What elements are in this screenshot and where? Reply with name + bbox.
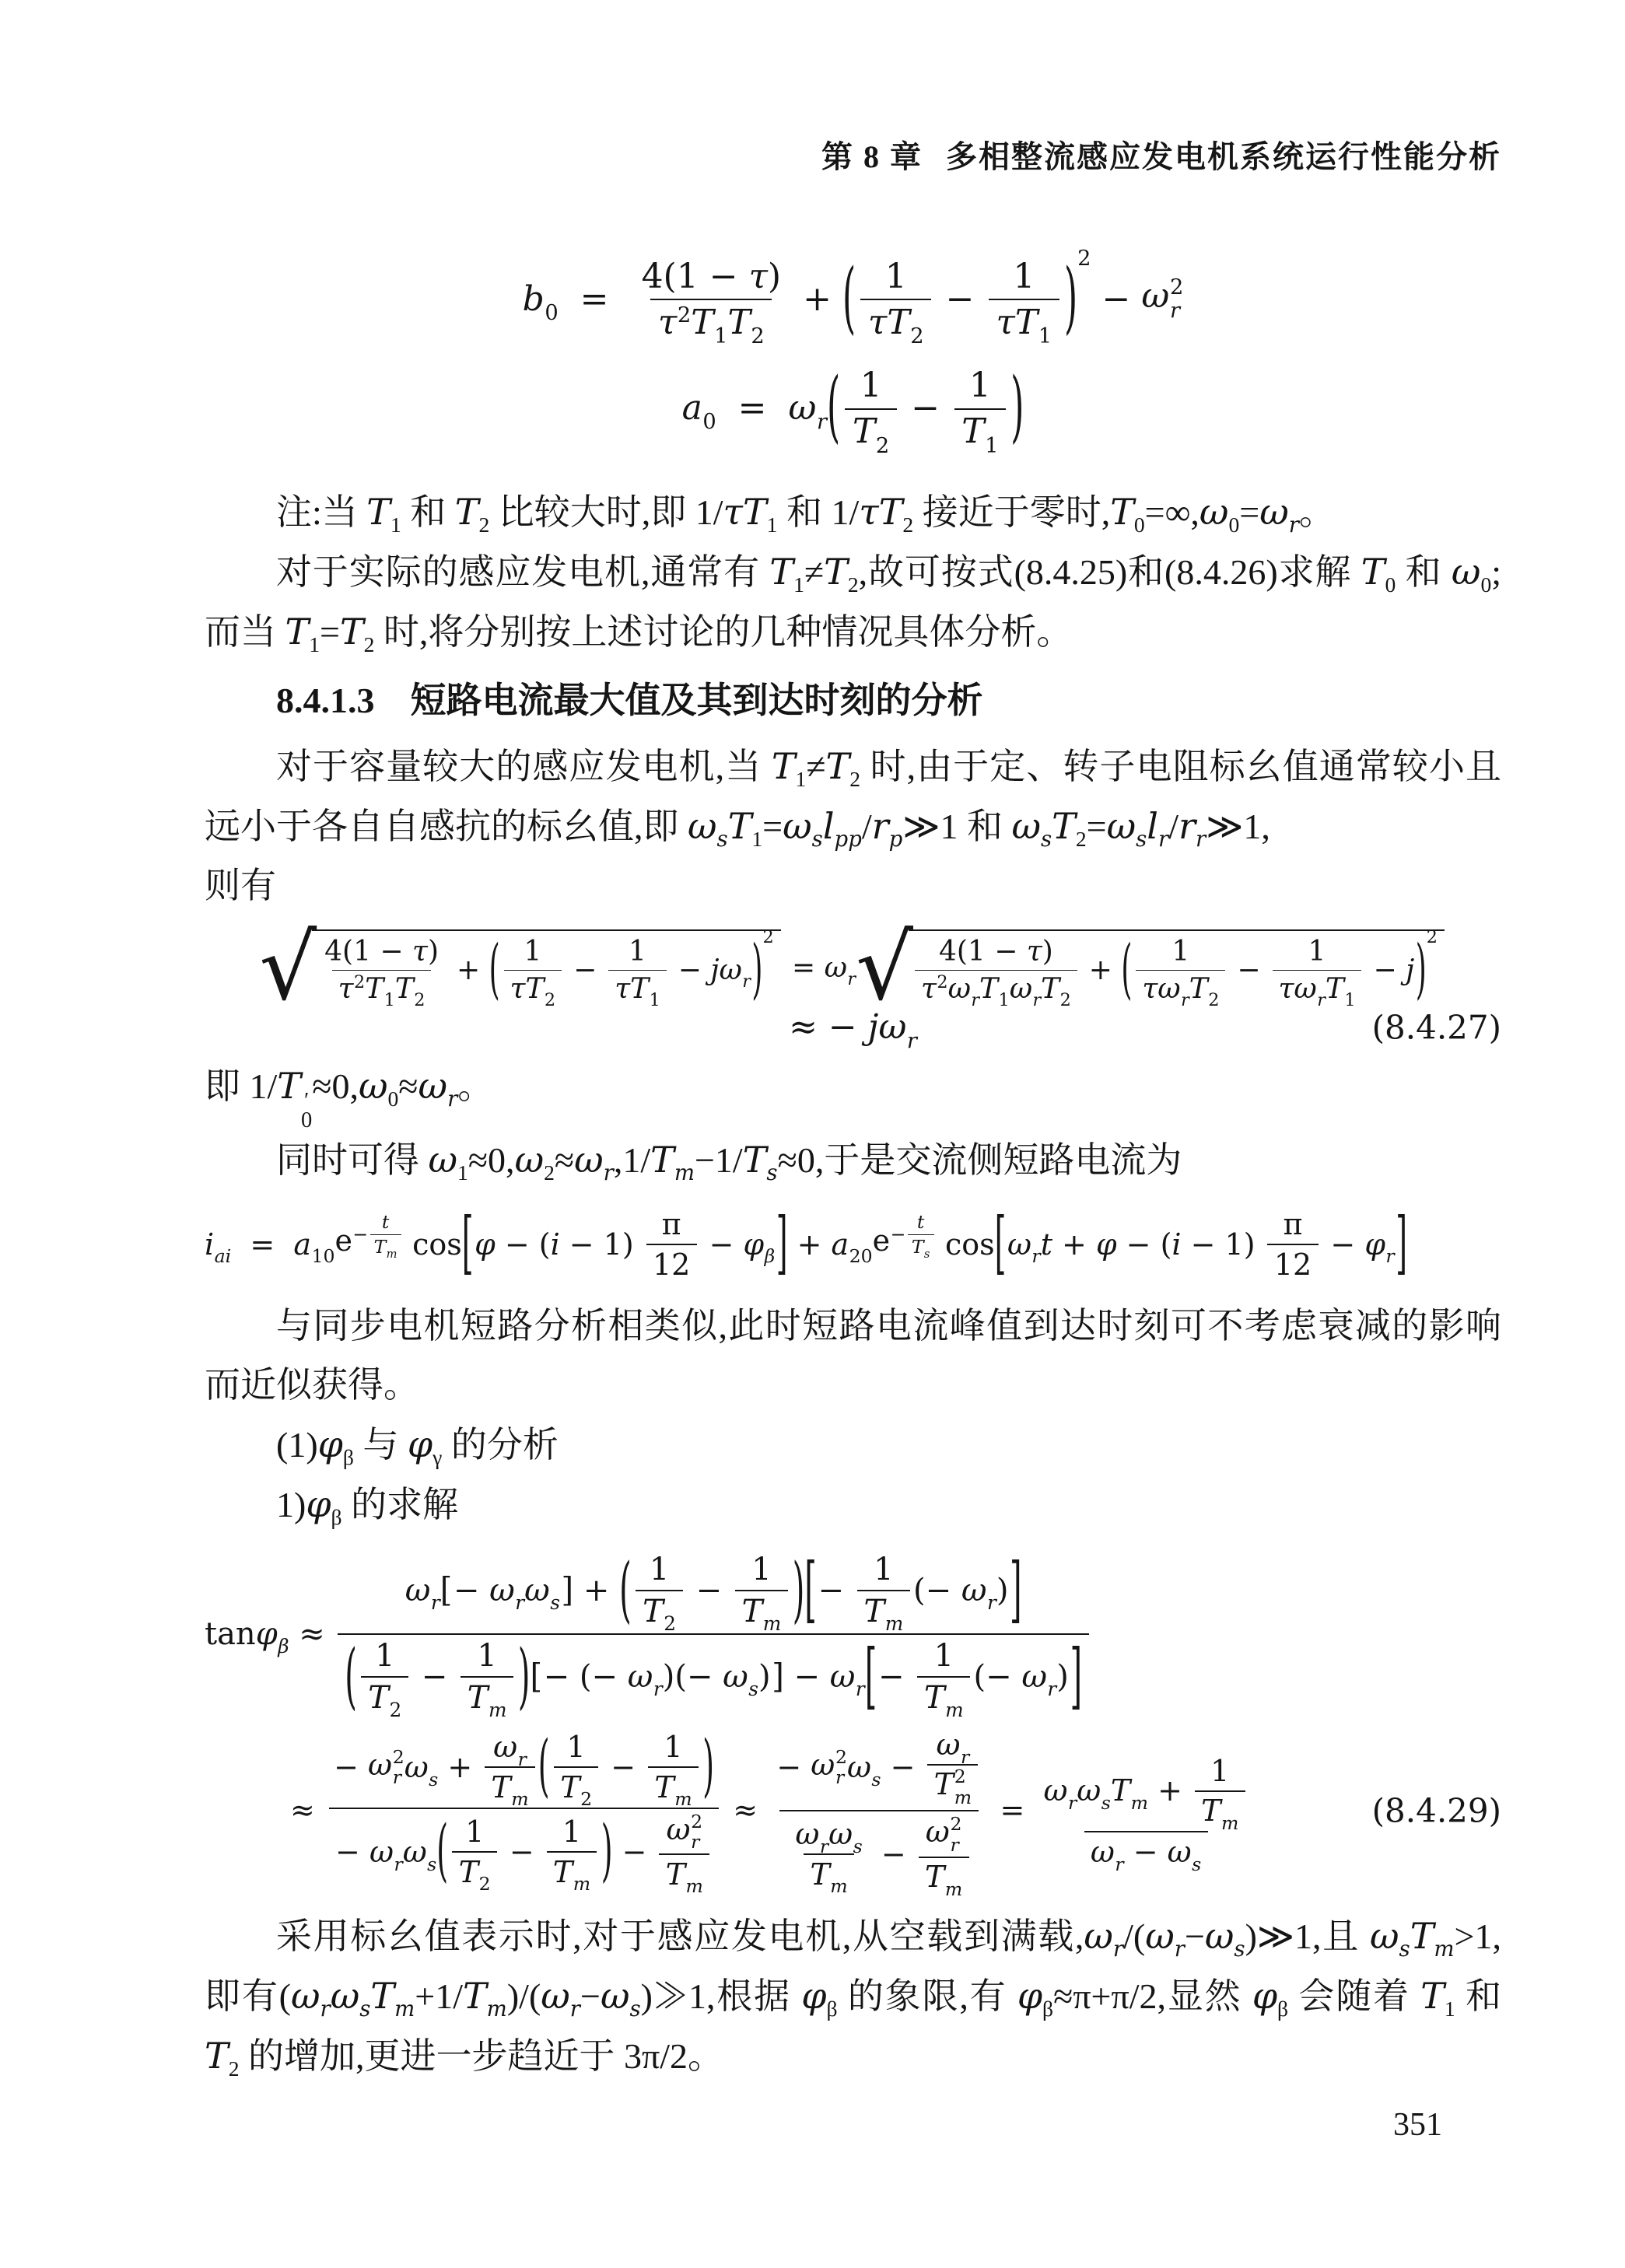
book-page: 第 8 章多相整流感应发电机系统运行性能分析 b0 = 4(1 − τ)τ2T1… [0, 0, 1625, 2268]
paragraph-practical: 对于实际的感应发电机,通常有 T1≠T2,故可按式(8.4.25)和(8.4.2… [205, 542, 1501, 662]
equation-number-8427: (8.4.27) [1372, 1009, 1501, 1047]
paragraph-item1: (1)φβ 与 φγ 的分析 [205, 1415, 1501, 1475]
paragraph-meanwhile: 同时可得 ω1≈0,ω2≈ωr,1/Tm−1/Ts≈0,于是交流侧短路电流为 [205, 1130, 1501, 1190]
paragraph-note: 注:当 T1 和 T2 比较大时,即 1/τT1 和 1/τT2 接近于零时,T… [205, 482, 1501, 542]
section-heading: 8.4.1.3 短路电流最大值及其到达时刻的分析 [205, 671, 1501, 730]
chapter-title: 多相整流感应发电机系统运行性能分析 [946, 139, 1501, 174]
equation-tanphi: tanφβ ≈ ωr[− ωrωs] + (1T2 − 1Tm)[− 1Tm(−… [205, 1549, 1501, 1720]
chapter-label: 第 8 章 [821, 139, 923, 174]
paragraph-similar: 与同步电机短路分析相类似,此时短路电流峰值到达时刻可不考虑衰减的影响而近似获得。 [205, 1297, 1501, 1415]
equation-iai: iai = a10e−tTm cos[φ − (i − 1) π12 − φβ]… [205, 1206, 1501, 1284]
paragraph-item1-1: 1)φβ 的求解 [205, 1475, 1501, 1535]
paragraph-per-unit: 采用标幺值表示时,对于感应发电机,从空载到满载,ωr/(ωr−ωs)≫1,且 ω… [205, 1906, 1501, 2086]
equation-a0: a0 = ωr(1T2 − 1T1) [205, 363, 1501, 453]
section-number: 8.4.1.3 [276, 681, 375, 720]
equation-b0: b0 = 4(1 − τ)τ2T1T2 + (1τT2 − 1τT1)2 − ω… [205, 254, 1501, 345]
page-number: 351 [1393, 2106, 1442, 2144]
paragraph-capacity: 对于容量较大的感应发电机,当 T1≠T2 时,由于定、转子电阻标幺值通常较小且远… [205, 737, 1501, 856]
equation-8429: ≈ − ω2rωs + ωrTm(1T2 − 1Tm)− ωrωs(1T2 − … [205, 1724, 1501, 1897]
paragraph-ie-approx: 即 1/T′0≈0,ω0≈ωr。 [205, 1056, 1501, 1130]
paragraph-then-have: 则有 [205, 856, 1501, 915]
running-head: 第 8 章多相整流感应发电机系统运行性能分析 [205, 132, 1501, 177]
section-title: 短路电流最大值及其到达时刻的分析 [411, 681, 983, 720]
equation-number-8429: (8.4.29) [1372, 1792, 1501, 1830]
equation-8427: √4(1 − τ)τ2T1T2 + (1τT2 − 1τT1 − jωr)2 =… [205, 929, 1501, 1048]
